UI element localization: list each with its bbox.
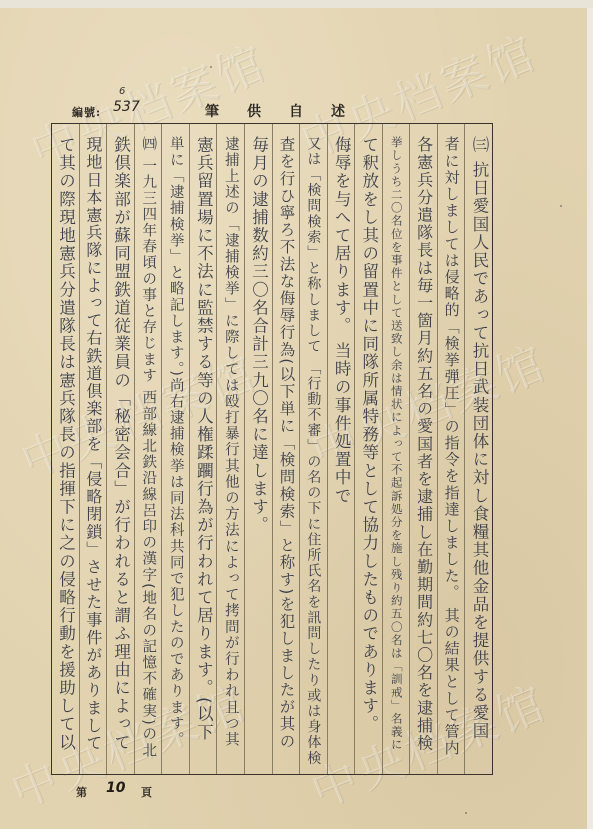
serial-label: 編號: xyxy=(72,104,101,120)
title-char: 供 xyxy=(247,101,261,121)
handwritten-line: ㈢ 抗日愛国人民であって抗日武装団体に対し食糧其他金品を提供する愛国 xyxy=(470,136,487,740)
grid-column: 単に「逮捕検挙」と略記します。)尚右逮捕検挙は同法科共同で犯したのであります。 xyxy=(161,124,189,774)
grid-column: 鉄倶楽部が蘇同盟鉄道従業員の「秘密会合」が行われると謂ふ理由によって xyxy=(106,124,134,774)
grid-column: 各憲兵分遣隊長は毎一箇月約五名の愛国者を逮捕し在勤期間約七〇名を逮捕検 xyxy=(409,124,437,774)
grid-column: 査を行ひ寧ろ不法な侮辱行為(以下単に「検問検索」と称す)を犯しましたが其の xyxy=(272,124,300,774)
grid-column: 侮辱を与へて居ります。 当時の事件処置中で xyxy=(327,124,355,774)
grid-column: 者に対しましては侵略的「検挙弾圧」の指令を指達しました。 其の結果として管内 xyxy=(437,124,465,774)
handwritten-line: て其の際現地憲兵分遣隊長は憲兵隊長の指揮下に之の侵略行動を援助して以 xyxy=(57,136,74,751)
grid-column: 憲兵留置場に不法に監禁する等の人権蹂躙行為が行われて居ります。(以下 xyxy=(189,124,217,774)
handwritten-line: ㈣ 一九三四年春頃の事と存じます 西部線北鉄沿線呂印の漢字(地名の記憶不確実)の… xyxy=(141,136,156,759)
grid-column: 挙しうち二〇名位を事件として送致し余は情状によって不起訴処分を施し残り約五〇名は… xyxy=(382,124,410,774)
page-prefix: 第 xyxy=(76,784,87,800)
grid-column: て釈放をし其の留置中に同隊所属特務等として協力したものであります。 xyxy=(354,124,382,774)
grid-column: ㈢ 抗日愛国人民であって抗日武装団体に対し食糧其他金品を提供する愛国 xyxy=(464,124,492,774)
paper-speck xyxy=(210,66,212,68)
paper-speck xyxy=(465,812,467,814)
handwritten-line: 挙しうち二〇名位を事件として送致し余は情状によって不起訴処分を施し残り約五〇名は… xyxy=(390,136,402,752)
handwritten-line: 現地日本憲兵隊によって右鉄道倶楽部を「侵略閉鎖」させた事件がありまして xyxy=(85,136,101,752)
page-edge xyxy=(587,8,593,829)
paper-speck xyxy=(560,205,562,207)
grid-column: 又は「検問検索」と称しまして 「行動不審」の名の下に住所氏名を訊問したり或は身体… xyxy=(299,124,327,774)
serial-correction: 6 xyxy=(119,86,125,97)
serial-number: 537 xyxy=(113,99,140,115)
handwritten-line: 者に対しましては侵略的「検挙弾圧」の指令を指達しました。 其の結果として管内 xyxy=(444,136,459,757)
handwritten-line: 侮辱を与へて居ります。 当時の事件処置中で xyxy=(333,136,350,505)
handwritten-line: 単に「逮捕検挙」と略記します。)尚右逮捕検挙は同法科共同で犯したのであります。 xyxy=(168,136,183,748)
handwritten-line: 逮捕上述の「逮捕検挙」に際しては殴打暴行其他の方法によって拷問が行われ且つ其 xyxy=(223,136,238,748)
grid-column: て其の際現地憲兵分遣隊長は憲兵隊長の指揮下に之の侵略行動を援助して以 xyxy=(52,124,79,774)
document-title: 筆 供 自 述 xyxy=(205,101,345,121)
grid-column: 逮捕上述の「逮捕検挙」に際しては殴打暴行其他の方法によって拷問が行われ且つ其 xyxy=(216,124,244,774)
page-number: 10 xyxy=(106,780,125,796)
grid-column: ㈣ 一九三四年春頃の事と存じます 西部線北鉄沿線呂印の漢字(地名の記憶不確実)の… xyxy=(134,124,162,774)
handwritten-line: 鉄倶楽部が蘇同盟鉄道従業員の「秘密会合」が行われると謂ふ理由によって xyxy=(112,136,129,751)
grid-column: 現地日本憲兵隊によって右鉄道倶楽部を「侵略閉鎖」させた事件がありまして xyxy=(79,124,107,774)
title-char: 述 xyxy=(331,101,345,121)
handwritten-line: 憲兵留置場に不法に監禁する等の人権蹂躙行為が行われて居ります。(以下 xyxy=(195,136,212,741)
handwritten-line: 又は「検問検索」と称しまして 「行動不審」の名の下に住所氏名を訊問したり或は身体… xyxy=(306,136,320,766)
title-char: 筆 xyxy=(205,101,219,121)
handwritten-line: 各憲兵分遣隊長は毎一箇月約五名の愛国者を逮捕し在勤期間約七〇名を逮捕検 xyxy=(416,136,432,752)
title-char: 自 xyxy=(289,101,303,121)
handwritten-line: 査を行ひ寧ろ不法な侮辱行為(以下単に「検問検索」と称す)を犯しましたが其の xyxy=(278,136,294,750)
ruled-writing-grid: ㈢ 抗日愛国人民であって抗日武装団体に対し食糧其他金品を提供する愛国者に対しまし… xyxy=(51,123,493,775)
handwritten-line: て釈放をし其の留置中に同隊所属特務等として協力したものであります。 xyxy=(360,136,377,733)
page-suffix: 頁 xyxy=(141,784,152,800)
grid-column: 毎月の逮捕数約三〇名合計三九〇名に達します。 xyxy=(244,124,272,774)
handwritten-line: 毎月の逮捕数約三〇名合計三九〇名に達します。 xyxy=(250,136,267,534)
